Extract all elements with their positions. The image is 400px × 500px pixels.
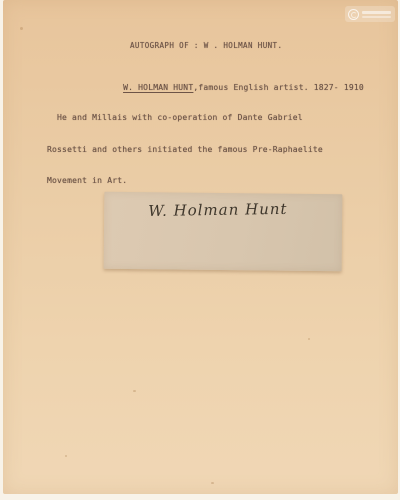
foxing-spot: [308, 338, 310, 340]
auction-watermark: [345, 6, 395, 22]
subject-description: ,famous English artist. 1827- 1910: [193, 83, 364, 92]
album-page: AUTOGRAPH OF : W . HOLMAN HUNT. W. HOLMA…: [3, 0, 398, 494]
foxing-spot: [211, 482, 214, 484]
foxing-spot: [20, 27, 23, 30]
signature-slip: W. Holman Hunt: [104, 192, 343, 271]
subject-name: W. HOLMAN HUNT: [123, 83, 193, 92]
page-title: AUTOGRAPH OF : W . HOLMAN HUNT.: [130, 41, 282, 50]
body-line: Rossetti and others initiated the famous…: [47, 145, 323, 156]
body-line: He and Millais with co-operation of Dant…: [47, 113, 323, 124]
watermark-text-lines: [362, 11, 395, 18]
foxing-spot: [65, 455, 67, 457]
handwritten-signature: W. Holman Hunt: [148, 200, 288, 220]
circled-logo-icon: [348, 9, 359, 20]
body-line: Movement in Art.: [47, 176, 323, 187]
body-paragraph: He and Millais with co-operation of Dant…: [47, 92, 323, 208]
photographed-document: AUTOGRAPH OF : W . HOLMAN HUNT. W. HOLMA…: [0, 0, 400, 500]
foxing-spot: [133, 390, 136, 392]
